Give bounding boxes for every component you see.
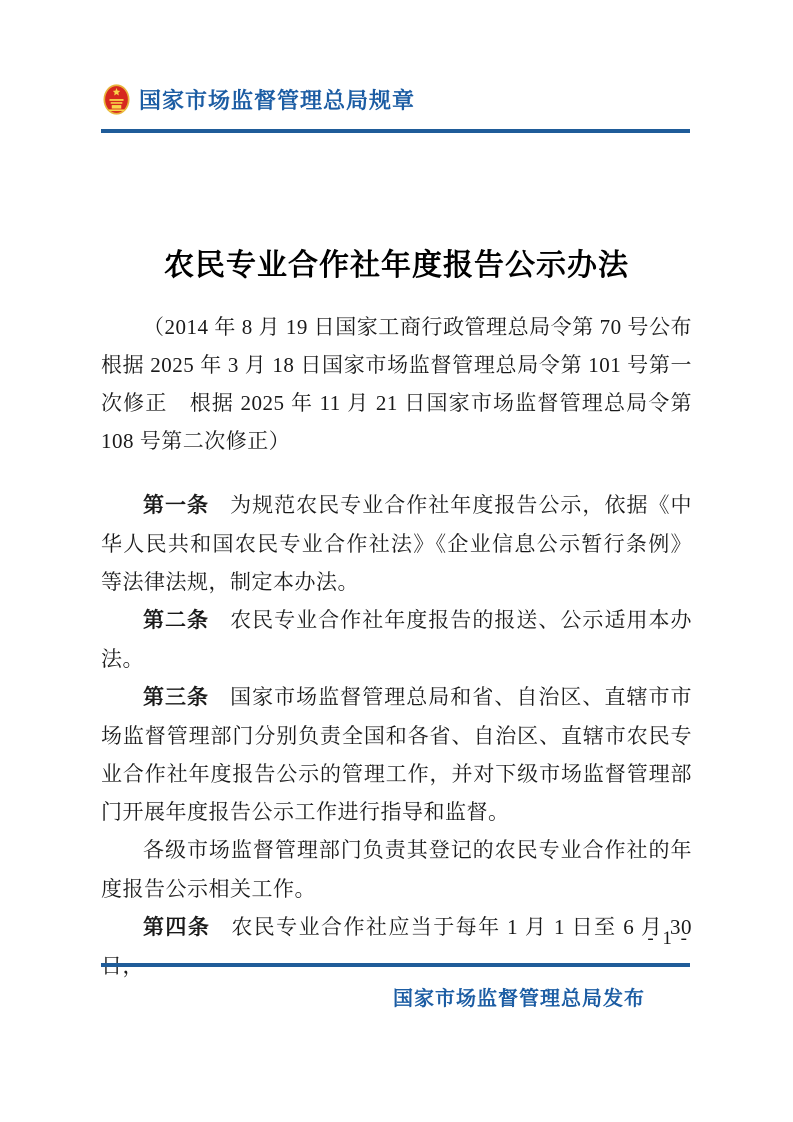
footer-divider-rule [101,963,690,967]
articles-section: 第一条为规范农民专业合作社年度报告公示，依据《中华人民共和国农民专业合作社法》《… [101,486,692,985]
article-paragraph: 第二条农民专业合作社年度报告的报送、公示适用本办法。 [101,601,692,678]
article-paragraph: 第三条国家市场监督管理总局和省、自治区、直辖市市场监督管理部门分别负责全国和各省… [101,678,692,831]
article-paragraph: 各级市场监督管理部门负责其登记的农民专业合作社的年度报告公示相关工作。 [101,831,692,908]
document-page: 国家市场监督管理总局规章 农民专业合作社年度报告公示办法 （2014 年 8 月… [0,0,793,1122]
article-number: 第一条 [143,494,209,517]
article-number: 第四条 [143,916,210,939]
document-content: 农民专业合作社年度报告公示办法 （2014 年 8 月 19 日国家工商行政管理… [101,244,692,985]
agency-rules-label: 国家市场监督管理总局规章 [139,84,415,115]
article-number: 第三条 [143,686,209,709]
article-text: 各级市场监督管理部门负责其登记的农民专业合作社的年度报告公示相关工作。 [101,838,692,901]
publisher-label: 国家市场监督管理总局发布 [393,982,645,1011]
page-header: 国家市场监督管理总局规章 [103,84,415,115]
national-emblem-icon [103,84,130,115]
page-number: - 1 - [647,928,689,950]
promulgation-preamble: （2014 年 8 月 19 日国家工商行政管理总局令第 70 号公布 根据 2… [101,308,692,460]
document-title: 农民专业合作社年度报告公示办法 [101,244,692,288]
article-paragraph: 第四条农民专业合作社应当于每年 1 月 1 日至 6 月 30 日， [101,908,692,985]
article-paragraph: 第一条为规范农民专业合作社年度报告公示，依据《中华人民共和国农民专业合作社法》《… [101,486,692,601]
article-number: 第二条 [143,609,209,632]
header-divider-rule [101,129,690,133]
